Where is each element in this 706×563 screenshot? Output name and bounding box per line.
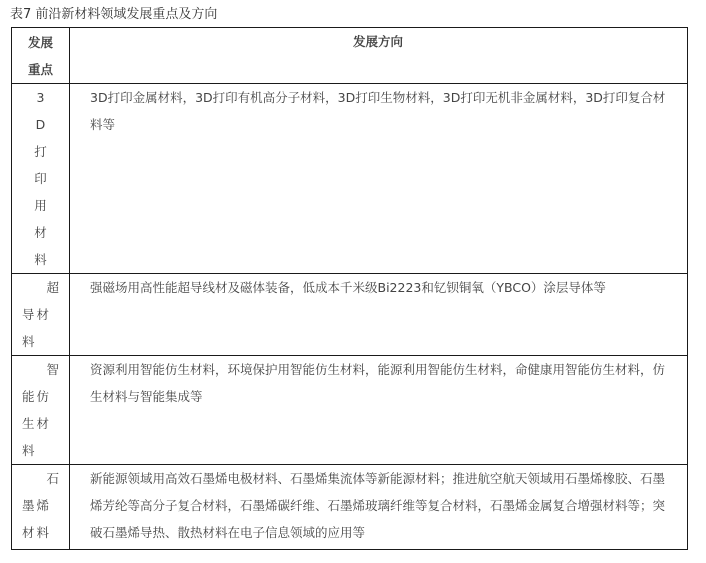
- key-text-line: 打: [12, 138, 69, 165]
- header-key-line1: 发展: [12, 29, 69, 56]
- key-text-line: D: [12, 111, 69, 138]
- key-text-line: 能仿: [12, 383, 69, 410]
- key-text-line: 墨烯: [12, 492, 69, 519]
- key-cell: 超 导材 料: [12, 274, 70, 356]
- key-text-line: 用: [12, 192, 69, 219]
- key-text-line: 料: [12, 437, 69, 464]
- table-row: 超 导材 料 强磁场用高性能超导线材及磁体装备，低成本千米级Bi2223和钇钡铜…: [12, 274, 688, 356]
- key-text-line: 石: [12, 465, 69, 492]
- key-text-line: 材料: [12, 519, 69, 546]
- header-key-line2: 重点: [12, 56, 69, 83]
- key-text-line: 3: [12, 84, 69, 111]
- key-text-line: 生材: [12, 410, 69, 437]
- key-text-line: 材: [12, 219, 69, 246]
- key-text-line: 印: [12, 165, 69, 192]
- table-caption: 表7 前沿新材料领域发展重点及方向: [10, 6, 217, 24]
- table-row: 石 墨烯 材料 新能源领域用高效石墨烯电极材料、石墨烯集流体等新能源材料；推进航…: [12, 465, 688, 550]
- materials-table: 发展 重点 发展方向 3 D 打 印 用 材 料 3D打印金属材料，3D打印有机…: [11, 27, 688, 550]
- key-cell: 智 能仿 生材 料: [12, 356, 70, 465]
- key-text-line: 料: [12, 328, 69, 355]
- direction-cell: 3D打印金属材料，3D打印有机高分子材料，3D打印生物材料，3D打印无机非金属材…: [70, 84, 688, 274]
- key-cell: 石 墨烯 材料: [12, 465, 70, 550]
- key-text-line: 料: [12, 246, 69, 273]
- table-row: 3 D 打 印 用 材 料 3D打印金属材料，3D打印有机高分子材料，3D打印生…: [12, 84, 688, 274]
- direction-cell: 新能源领域用高效石墨烯电极材料、石墨烯集流体等新能源材料；推进航空航天领域用石墨…: [70, 465, 688, 550]
- header-key-cell: 发展 重点: [12, 28, 70, 84]
- direction-cell: 强磁场用高性能超导线材及磁体装备，低成本千米级Bi2223和钇钡铜氧（YBCO）…: [70, 274, 688, 356]
- header-direction-label: 发展方向: [353, 34, 403, 49]
- table-row: 智 能仿 生材 料 资源利用智能仿生材料，环境保护用智能仿生材料，能源利用智能仿…: [12, 356, 688, 465]
- key-text-line: 超: [12, 274, 69, 301]
- key-cell: 3 D 打 印 用 材 料: [12, 84, 70, 274]
- header-direction-cell: 发展方向: [70, 28, 688, 84]
- key-text-line: 智: [12, 356, 69, 383]
- direction-cell: 资源利用智能仿生材料，环境保护用智能仿生材料，能源利用智能仿生材料，命健康用智能…: [70, 356, 688, 465]
- table-header-row: 发展 重点 发展方向: [12, 28, 688, 84]
- key-text-line: 导材: [12, 301, 69, 328]
